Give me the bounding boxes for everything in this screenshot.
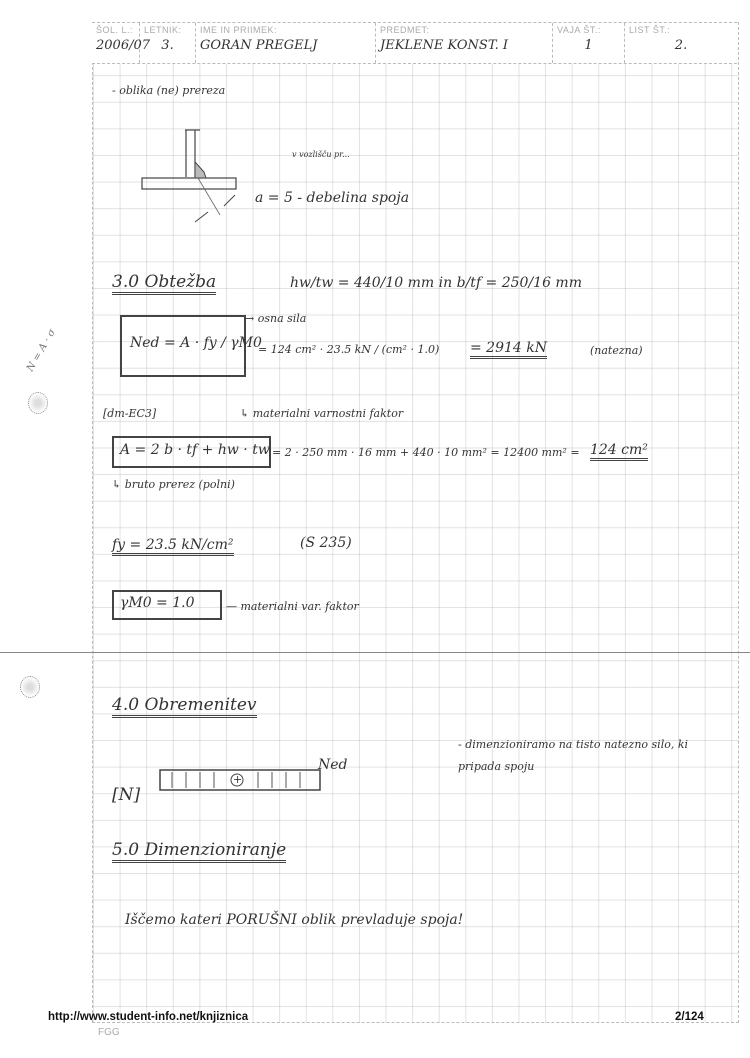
faculty-stamp: FGG: [98, 1027, 120, 1038]
formula-result: = 2914 kN: [470, 340, 547, 359]
gamma-note: — materialni var. faktor: [226, 600, 359, 613]
formula-note: → osna sila: [245, 312, 306, 325]
header-field-grade: LETNIK: 3.: [140, 23, 196, 63]
section-5-note: Iščemo kateri PORUŠNI oblik prevladuje s…: [125, 912, 463, 928]
diagram-label: Ned: [318, 757, 348, 773]
margin-note: N = A · σ: [25, 327, 58, 373]
area-result: 124 cm²: [590, 442, 648, 461]
weld-note: a = 5 - debelina spoja: [255, 190, 409, 206]
header-field-subject: PREDMET: JEKLENE KONST. I: [376, 23, 553, 63]
source-link[interactable]: http://www.student-info.net/knjiznica: [48, 1011, 248, 1023]
axis-label: [N]: [112, 785, 140, 805]
form-header: ŠOL. L.: 2006/07 LETNIK: 3. IME IN PRIIM…: [92, 22, 737, 64]
fy-grade: (S 235): [300, 535, 352, 551]
reference-note: ↳ materialni varnostni faktor: [240, 407, 403, 420]
fy-value: fy = 23.5 kN/cm²: [112, 537, 234, 556]
header-field-sheet: LIST ŠT.: 2.: [625, 23, 737, 63]
area-note: ↳ bruto prerez (polni): [112, 478, 235, 491]
intro-line: - oblika (ne) prereza: [112, 84, 225, 97]
area-formula: A = 2 b · tf + hw · tw: [120, 442, 270, 458]
section-5-title: 5.0 Dimenzioniranje: [112, 840, 286, 863]
area-calc: = 2 · 250 mm · 16 mm + 440 · 10 mm² = 12…: [272, 446, 580, 459]
weld-sketch-icon: [140, 120, 250, 230]
header-field-exercise: VAJA ŠT.: 1: [553, 23, 625, 63]
formula-calc: = 124 cm² · 23.5 kN / (cm² · 1.0): [258, 343, 439, 356]
section-3-dims: hw/tw = 440/10 mm in b/tf = 250/16 mm: [290, 275, 582, 291]
section-3-title: 3.0 Obtežba: [112, 272, 216, 295]
normal-force-diagram-icon: [160, 768, 330, 798]
gamma-value: γM0 = 1.0: [120, 595, 195, 611]
section-4-note-line1: - dimenzioniramo na tisto natezno silo, …: [458, 738, 688, 751]
weld-note-top: v vozlišču pr...: [292, 150, 350, 159]
fold-line: [0, 652, 750, 653]
header-field-name: IME IN PRIIMEK: GORAN PREGELJ: [196, 23, 376, 63]
header-field-year: ŠOL. L.: 2006/07: [92, 23, 140, 63]
page-number: 2/124: [675, 1011, 704, 1023]
formula-ned: Ned = A · fy / γM0: [130, 335, 262, 351]
punch-hole-icon: [28, 392, 48, 414]
formula-result-note: (natezna): [590, 344, 643, 357]
section-4-note-line2: pripada spoju: [458, 760, 534, 773]
punch-hole-icon: [20, 676, 40, 698]
plus-sign: +: [233, 773, 242, 786]
reference: [dm-EC3]: [103, 407, 156, 420]
section-4-title: 4.0 Obremenitev: [112, 695, 257, 718]
